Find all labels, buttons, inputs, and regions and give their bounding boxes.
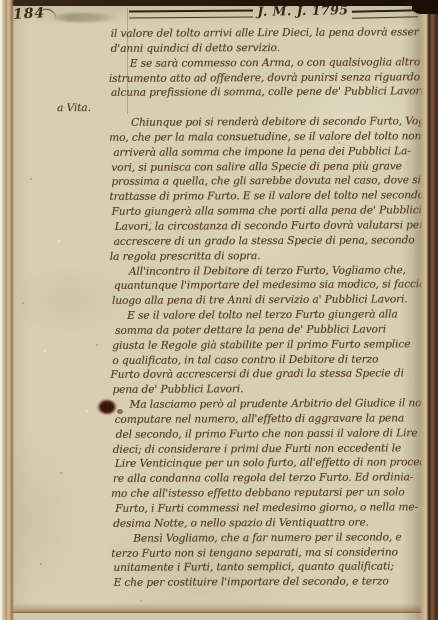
text-line: Furto giungerà alla somma che porti alla… [111, 203, 427, 219]
text-line: mo che all'istesso effetto debbano reput… [111, 485, 429, 502]
text-line: la regola prescritta di sopra. [110, 248, 428, 265]
text-line: Furto, i Furti commessi nel medesimo gio… [115, 500, 429, 516]
text-line: desima Notte, o nello spazio di Ventiqua… [113, 515, 429, 531]
text-line: E se sarà commesso con Arma, o con quals… [113, 55, 427, 71]
text-line: d'anni quindici di detto servizio. [111, 40, 427, 56]
text-line: terzo Furto non si tengano separati, ma … [111, 545, 429, 562]
text-line: unitamente i Furti, tanto semplici, quan… [113, 560, 429, 576]
page-edge-left [0, 0, 14, 620]
surface-below-page [0, 612, 438, 620]
text-line: accrescere di un grado la stessa Specie … [114, 233, 428, 249]
header-rule-left [129, 9, 253, 18]
text-line: luogo alla pena di tre Anni di servizio … [112, 292, 428, 308]
text-line: Bensì Vogliamo, che a far numero per il … [116, 530, 429, 546]
text-line: trattasse di primo Furto. E se il valore… [109, 188, 427, 205]
binding-shadow-top [0, 0, 438, 6]
text-line: istrumento atto ad offendere, dovrà puni… [109, 70, 427, 87]
manuscript-text-block: il valore del tolto arrivi alle Lire Die… [111, 25, 430, 591]
manuscript-page-scan: 184 J. M. J. 1795 il valore del tolto ar… [0, 0, 438, 620]
text-line: computare nel numero, all'effetto di agg… [115, 411, 429, 427]
text-line: del secondo, il primo Furto che non pass… [116, 426, 429, 442]
ink-blot-satellite [117, 409, 123, 414]
ink-smudge-stain [48, 13, 118, 22]
text-line: Furto dovrà accrescersi di due gradi la … [110, 367, 428, 384]
text-line: somma da poter dettare la pena de' Pubbl… [115, 322, 428, 338]
text-line: dieci; di considerare i primi due Furti … [113, 441, 429, 457]
text-line: E che per costituire l'importare del sec… [113, 574, 429, 590]
text-line: quantunque l'importare del medesimo sia … [114, 278, 428, 294]
text-line: prossima a quella, che gli sarebbe dovut… [111, 174, 427, 190]
text-line: pena de' Pubblici Lavori. [112, 381, 428, 397]
page-edge-right [402, 0, 438, 620]
text-line: arriverà alla somma che impone la pena d… [113, 144, 427, 160]
text-line: alcuna prefissione di somma, colle pene … [111, 85, 427, 101]
text-line: vori, si punisca con salire alla Specie … [111, 159, 427, 175]
binding-corner-top-right [412, 0, 438, 14]
text-line: il valore del tolto arrivi alle Lire Die… [111, 25, 427, 41]
text-line: giusta le Regole già stabilite per il pr… [112, 337, 428, 353]
text-line: Lire Venticinque per un solo furto, all'… [115, 456, 429, 472]
text-line: mo, che per la mala consuetudine, se il … [109, 129, 427, 146]
text-line: Ma lasciamo però al prudente Arbitrio de… [112, 396, 428, 412]
text-line: Chiunque poi si renderà debitore di seco… [114, 114, 427, 130]
text-line: re alla condanna colla regola del terzo … [113, 470, 429, 486]
text-line: E se il valore del tolto nel terzo Furto… [110, 307, 428, 324]
text-line: o qualificato, in tal caso contro il Deb… [112, 352, 428, 368]
text-line: Lavori, la circostanza di secondo Furto … [115, 218, 428, 234]
text-line: All'incontro il Debitore di terzo Furto,… [112, 263, 428, 279]
